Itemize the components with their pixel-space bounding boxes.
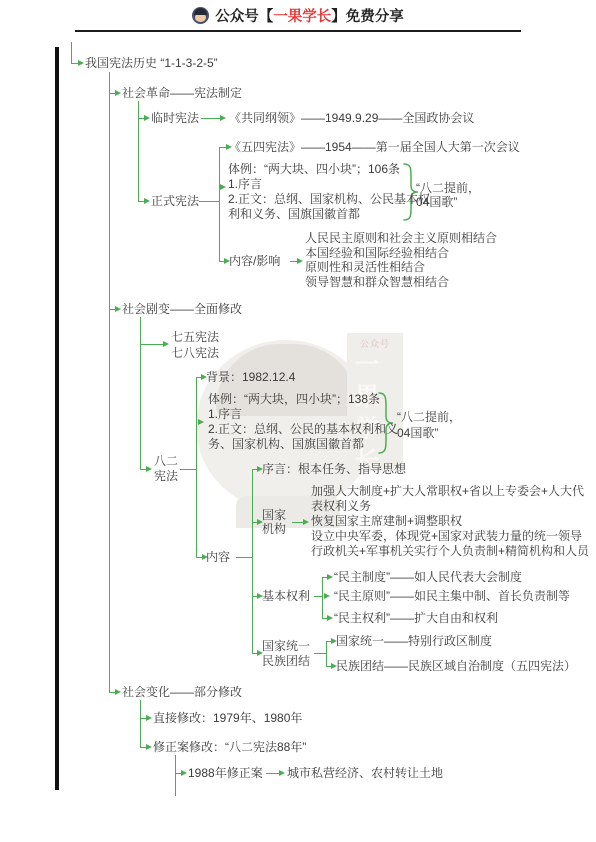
node-note-54: “八二提前， 04国歌” [416,181,480,209]
brand-avatar-icon [192,7,209,24]
connector [140,317,141,469]
node-right-principle: “民主原则”——如民主集中制、首长负责制等 [334,589,570,604]
node-social-change: 社会变化——部分修改 [122,684,242,700]
connector [326,641,327,667]
connector [180,469,196,470]
header-suffix: 】免费分享 [331,9,404,25]
connector [140,344,163,345]
node-state-organs: 国家 机构 [262,508,286,536]
node-constitutions-75-78: 七五宪法 七八宪法 [171,329,219,361]
arrow-icon [220,115,226,121]
arrow-icon [146,715,152,721]
arrow-icon [198,419,204,425]
node-amendment-1988: 1988年修正案 [188,766,263,781]
connector [140,700,141,747]
node-right-liberty: “民主权利”——扩大自由和权利 [334,611,498,626]
header-account-label: 公众号【 [215,9,273,25]
arrow-icon [144,115,150,121]
node-content-82: 内容 [206,550,230,565]
arrow-icon [279,770,285,776]
arrow-icon [146,744,152,750]
watermark-banner-title: 公众号 [347,337,403,350]
node-constitution-82: 八二 宪法 [154,454,178,484]
connector [219,147,220,261]
node-background-82: 背景：1982.12.4 [206,370,295,385]
arrow-icon [324,593,330,599]
connector [175,755,176,796]
page-header: 公众号【一果学长】免费分享 [0,5,596,26]
arrow-icon [303,519,309,525]
node-common-program: 《共同纲领》——1949.9.29——全国政协会议 [229,111,474,126]
avatar-hair [194,8,207,15]
arrow-icon [181,770,187,776]
connector [252,469,253,653]
connector [196,377,197,557]
connector [138,101,139,201]
node-basic-rights: 基本权利 [262,589,310,604]
node-amendment-1988-content: 城市私营经济、农村转让土地 [287,766,443,781]
node-constitution-54: 《五四宪法》——1954——第一届全国人大第一次会议 [229,140,520,155]
arrow-icon [115,306,121,312]
connector [236,557,252,558]
arrow-icon [115,689,121,695]
left-margin-bar [55,47,59,790]
node-direct-amendment: 直接修改：1979年、1980年 [153,711,302,726]
arrow-icon [144,198,150,204]
connector [314,653,326,654]
node-structure-54: 体例：“两大块、四小块”；106条 1.序言 2.正文：总纲、国家机构、公民基本… [228,162,430,222]
node-state-organs-points: 加强人大制度+扩大人常职权+省以上专委会+人大代 表权利义务 恢复国家主席建制+… [311,484,589,559]
node-unity-sar: 国家统一——特别行政区制度 [336,634,492,649]
node-unity-autonomy: 民族团结——民族区域自治制度（五四宪法） [336,659,576,674]
connector [71,42,72,63]
connector [219,147,226,148]
node-content-impact: 内容/影响 [229,254,280,269]
connector [266,773,279,774]
connector [314,596,322,597]
node-impact-points: 人民民主原则和社会主义原则相结合 本国经验和国际经验相结合 原则性和灵活性相结合… [305,231,497,289]
node-note-82: “八二提前， 04国歌” [397,409,461,441]
connector [290,261,297,262]
node-social-upheaval: 社会剧变——全面修改 [122,301,242,317]
node-right-system: “民主制度”——如人民代表大会制度 [334,570,522,585]
node-root: 我国宪法历史 “1-1-3-2-5” [85,55,218,71]
node-social-revolution: 社会革命——宪法制定 [122,85,242,101]
mindmap-page: 公众号 一果学长 公众号【一果学长】免费分享 [0,0,596,842]
arrow-icon [220,184,226,190]
connector [109,72,110,692]
node-amendment-mode: 修正案修改：“八二宪法88年” [153,740,306,755]
arrow-icon [115,90,121,96]
connector [199,201,219,202]
connector [201,118,220,119]
arrow-icon [78,60,84,66]
connector [71,63,78,64]
arrow-icon [163,341,169,347]
header-title: 公众号【一果学长】免费分享 [215,5,404,26]
arrow-icon [327,574,333,580]
node-unity: 国家统一 民族团结 [262,639,310,669]
arrow-icon [297,258,303,264]
node-structure-82: 体例：“两大块，四小块”；138条 1.序言 2.正文：总纲、公民的基本权利和义… [208,392,398,452]
header-brand-name: 一果学长 [273,9,331,25]
header-divider [75,30,521,32]
arrow-icon [146,466,152,472]
node-provisional-constitution: 临时宪法 [151,111,199,126]
connector [292,522,303,523]
arrow-icon [327,615,333,621]
node-formal-constitution: 正式宪法 [151,194,199,209]
node-preamble: 序言：根本任务、指导思想 [262,462,406,477]
